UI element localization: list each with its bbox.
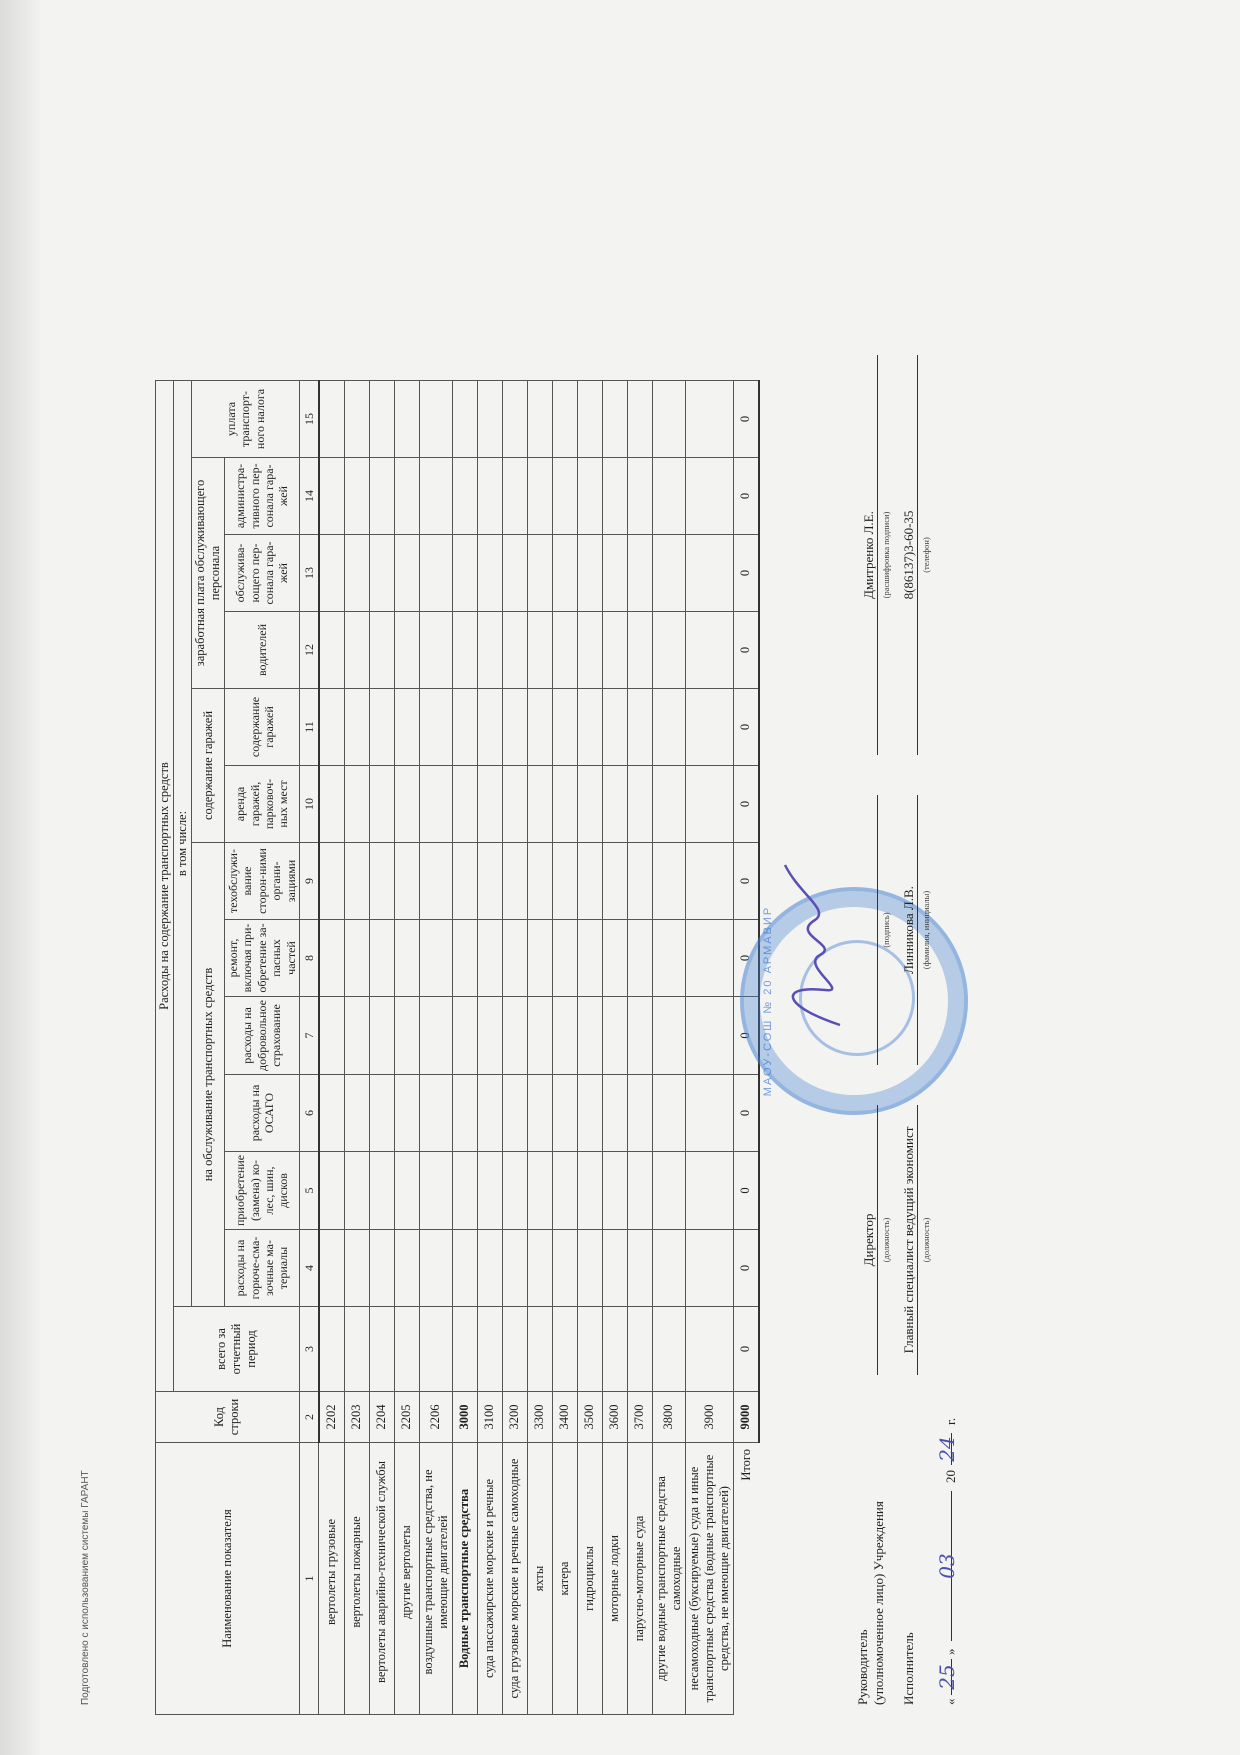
value-cell[interactable] <box>527 457 552 534</box>
value-cell[interactable] <box>477 380 502 457</box>
value-cell[interactable] <box>319 457 345 534</box>
head-label-line-1: Руководитель <box>855 1501 871 1705</box>
value-cell[interactable] <box>502 1074 527 1151</box>
value-cell[interactable] <box>319 996 345 1074</box>
value-cell[interactable] <box>319 1230 345 1307</box>
value-cell[interactable] <box>344 1230 369 1307</box>
value-cell[interactable] <box>685 457 733 534</box>
value-cell[interactable] <box>369 688 394 765</box>
head-position-caption: (должность) <box>881 1105 891 1375</box>
value-cell[interactable] <box>344 1151 369 1229</box>
row-name: вертолеты грузовые <box>319 1443 345 1715</box>
column-number: 8 <box>299 919 319 996</box>
value-cell[interactable] <box>452 765 477 842</box>
value-cell[interactable] <box>394 534 419 611</box>
value-cell[interactable] <box>452 1230 477 1307</box>
value-cell[interactable] <box>602 1074 627 1151</box>
row-code: 2204 <box>369 1392 394 1443</box>
value-cell[interactable] <box>552 611 577 688</box>
value-cell[interactable] <box>602 919 627 996</box>
header-fuel: расходы на горюче-сма-зочные ма-териалы <box>225 1230 300 1307</box>
value-cell[interactable] <box>477 919 502 996</box>
row-code: 3400 <box>552 1392 577 1443</box>
value-cell[interactable] <box>419 1307 452 1392</box>
total-value: 0 <box>733 380 759 457</box>
column-number: 6 <box>299 1074 319 1151</box>
value-cell[interactable] <box>394 611 419 688</box>
header-osago: расходы на ОСАГО <box>225 1074 300 1151</box>
value-cell[interactable] <box>552 534 577 611</box>
row-name: Водные транспортные средства <box>452 1443 477 1715</box>
value-cell[interactable] <box>477 1230 502 1307</box>
value-cell[interactable] <box>394 1151 419 1229</box>
executor-label: Исполнитель <box>901 1632 917 1705</box>
value-cell[interactable] <box>369 611 394 688</box>
total-value: 0 <box>733 765 759 842</box>
value-cell[interactable] <box>394 919 419 996</box>
value-cell[interactable] <box>344 996 369 1074</box>
value-cell[interactable] <box>344 842 369 919</box>
date-row: « 25 » 03 20 24 г. <box>935 105 969 1705</box>
value-cell[interactable] <box>369 1230 394 1307</box>
value-cell[interactable] <box>419 996 452 1074</box>
header-repair: ремонт, включая при-обретение за-пасных … <box>225 919 300 996</box>
value-cell[interactable] <box>627 534 652 611</box>
executor-name-caption: (фамилия, инициалы) <box>921 795 931 1065</box>
value-cell[interactable] <box>319 1074 345 1151</box>
row-name: яхты <box>527 1443 552 1715</box>
total-value: 0 <box>733 1307 759 1392</box>
value-cell[interactable] <box>477 1151 502 1229</box>
value-cell[interactable] <box>502 457 527 534</box>
value-cell[interactable] <box>344 765 369 842</box>
value-cell[interactable] <box>419 1151 452 1229</box>
value-cell[interactable] <box>527 919 552 996</box>
value-cell[interactable] <box>344 1074 369 1151</box>
table-row: вертолеты аварийно-технической службы220… <box>369 380 394 1714</box>
value-cell[interactable] <box>319 534 345 611</box>
value-cell[interactable] <box>477 996 502 1074</box>
row-name: суда грузовые морские и речные самоходны… <box>502 1443 527 1715</box>
head-name-caption: (расшифровка подписи) <box>881 355 891 755</box>
value-cell[interactable] <box>602 611 627 688</box>
table-row: воздушные транспортные средства, не имею… <box>419 380 452 1714</box>
value-cell[interactable] <box>685 842 733 919</box>
value-cell[interactable] <box>394 1230 419 1307</box>
value-cell[interactable] <box>602 996 627 1074</box>
value-cell[interactable] <box>452 842 477 919</box>
date-suffix: г. <box>943 1418 959 1425</box>
row-name: парусно-моторные суда <box>627 1443 652 1715</box>
value-cell[interactable] <box>477 1074 502 1151</box>
value-cell[interactable] <box>527 1230 552 1307</box>
table-row: несамоходные (буксируемые) суда и иные т… <box>685 380 733 1714</box>
value-cell[interactable] <box>502 1151 527 1229</box>
value-cell[interactable] <box>419 919 452 996</box>
header-service-group: на обслуживание транспортных средств <box>192 842 225 1306</box>
table-row: другие водные транспортные средства само… <box>652 380 685 1714</box>
value-cell[interactable] <box>685 380 733 457</box>
value-cell[interactable] <box>319 765 345 842</box>
value-cell[interactable] <box>419 457 452 534</box>
value-cell[interactable] <box>502 534 527 611</box>
value-cell[interactable] <box>369 996 394 1074</box>
value-cell[interactable] <box>552 765 577 842</box>
value-cell[interactable] <box>602 1230 627 1307</box>
row-code: 3200 <box>502 1392 527 1443</box>
header-salary-group: заработная плата обслуживающего персонал… <box>192 457 225 688</box>
value-cell[interactable] <box>452 1307 477 1392</box>
value-cell[interactable] <box>577 842 602 919</box>
column-number: 13 <box>299 534 319 611</box>
table-row: вертолеты пожарные2203 <box>344 380 369 1714</box>
value-cell[interactable] <box>527 1151 552 1229</box>
value-cell[interactable] <box>552 1151 577 1229</box>
header-garage-group: содержание гаражей <box>192 688 225 842</box>
value-cell[interactable] <box>602 842 627 919</box>
garant-watermark: Подготовлено с использованием системы ГА… <box>80 1470 91 1705</box>
value-cell[interactable] <box>685 1151 733 1229</box>
value-cell[interactable] <box>394 688 419 765</box>
value-cell[interactable] <box>602 534 627 611</box>
date-month: 03 <box>935 1491 952 1641</box>
value-cell[interactable] <box>552 1074 577 1151</box>
date-open-quote: « <box>943 1699 959 1706</box>
value-cell[interactable] <box>577 919 602 996</box>
value-cell[interactable] <box>502 919 527 996</box>
value-cell[interactable] <box>344 688 369 765</box>
value-cell[interactable] <box>477 457 502 534</box>
value-cell[interactable] <box>652 1151 685 1229</box>
value-cell[interactable] <box>652 919 685 996</box>
header-tax: уплата транспорт-ного налога <box>192 380 300 457</box>
value-cell[interactable] <box>344 457 369 534</box>
value-cell[interactable] <box>602 1151 627 1229</box>
value-cell[interactable] <box>419 842 452 919</box>
row-code: 2202 <box>319 1392 345 1443</box>
value-cell[interactable] <box>552 688 577 765</box>
value-cell[interactable] <box>452 380 477 457</box>
value-cell[interactable] <box>685 1230 733 1307</box>
row-name: вертолеты пожарные <box>344 1443 369 1715</box>
value-cell[interactable] <box>552 380 577 457</box>
table-row: парусно-моторные суда3700 <box>627 380 652 1714</box>
value-cell[interactable] <box>552 996 577 1074</box>
value-cell[interactable] <box>419 1230 452 1307</box>
row-name: катера <box>552 1443 577 1715</box>
column-number: 7 <box>299 996 319 1074</box>
value-cell[interactable] <box>652 534 685 611</box>
value-cell[interactable] <box>627 1230 652 1307</box>
value-cell[interactable] <box>652 842 685 919</box>
row-code: 3800 <box>652 1392 685 1443</box>
value-cell[interactable] <box>652 688 685 765</box>
value-cell[interactable] <box>527 611 552 688</box>
value-cell[interactable] <box>652 611 685 688</box>
value-cell[interactable] <box>319 380 345 457</box>
value-cell[interactable] <box>394 1074 419 1151</box>
value-cell[interactable] <box>527 996 552 1074</box>
date-year-prefix: 20 <box>943 1470 959 1483</box>
value-cell[interactable] <box>419 611 452 688</box>
row-code: 2205 <box>394 1392 419 1443</box>
row-code: 3600 <box>602 1392 627 1443</box>
column-number: 1 <box>299 1443 319 1715</box>
executor-phone-caption: (телефон) <box>921 355 931 755</box>
value-cell[interactable] <box>344 534 369 611</box>
column-numbers-row: 123456789101112131415 <box>299 380 319 1714</box>
value-cell[interactable] <box>627 765 652 842</box>
value-cell[interactable] <box>319 1151 345 1229</box>
value-cell[interactable] <box>685 765 733 842</box>
value-cell[interactable] <box>502 1307 527 1392</box>
value-cell[interactable] <box>602 457 627 534</box>
value-cell[interactable] <box>344 919 369 996</box>
value-cell[interactable] <box>527 765 552 842</box>
value-cell[interactable] <box>652 765 685 842</box>
value-cell[interactable] <box>477 1307 502 1392</box>
value-cell[interactable] <box>394 765 419 842</box>
table-row: суда грузовые морские и речные самоходны… <box>502 380 527 1714</box>
value-cell[interactable] <box>527 380 552 457</box>
value-cell[interactable] <box>627 611 652 688</box>
total-value: 0 <box>733 688 759 765</box>
value-cell[interactable] <box>527 842 552 919</box>
report-page: Подготовлено с использованием системы ГА… <box>0 0 1240 1755</box>
value-cell[interactable] <box>394 380 419 457</box>
value-cell[interactable] <box>452 1151 477 1229</box>
value-cell[interactable] <box>502 1230 527 1307</box>
value-cell[interactable] <box>344 380 369 457</box>
value-cell[interactable] <box>419 765 452 842</box>
header-tires: приобретение (замена) ко-лес, шин, диско… <box>225 1151 300 1229</box>
value-cell[interactable] <box>552 842 577 919</box>
column-number: 5 <box>299 1151 319 1229</box>
value-cell[interactable] <box>394 842 419 919</box>
value-cell[interactable] <box>319 688 345 765</box>
date-year-suffix: 24 <box>935 1433 952 1465</box>
value-cell[interactable] <box>602 1307 627 1392</box>
value-cell[interactable] <box>685 1074 733 1151</box>
date-close-quote: » <box>943 1649 959 1656</box>
value-cell[interactable] <box>419 688 452 765</box>
value-cell[interactable] <box>319 1307 345 1392</box>
column-number: 3 <box>299 1307 319 1392</box>
value-cell[interactable] <box>627 996 652 1074</box>
header-admin-staff: администра-тивного пер-сонала гара-жей <box>225 457 300 534</box>
header-insurance: расходы на добровольное страхование <box>225 996 300 1074</box>
row-name: другие вертолеты <box>394 1443 419 1715</box>
value-cell[interactable] <box>369 842 394 919</box>
value-cell[interactable] <box>602 380 627 457</box>
transport-expenses-table: Наименование показателя Код строки Расхо… <box>155 380 760 1715</box>
head-label: Руководитель (уполномоченное лицо) Учреж… <box>855 1501 887 1705</box>
header-third-party: техобслужи-вание сторон-ними органи-заци… <box>225 842 300 919</box>
signature-icon <box>770 855 860 1035</box>
value-cell[interactable] <box>577 1074 602 1151</box>
value-cell[interactable] <box>577 380 602 457</box>
value-cell[interactable] <box>502 765 527 842</box>
value-cell[interactable] <box>452 534 477 611</box>
value-cell[interactable] <box>552 457 577 534</box>
value-cell[interactable] <box>627 380 652 457</box>
value-cell[interactable] <box>627 919 652 996</box>
value-cell[interactable] <box>627 842 652 919</box>
row-code: 2206 <box>419 1392 452 1443</box>
value-cell[interactable] <box>369 534 394 611</box>
value-cell[interactable] <box>577 765 602 842</box>
row-code: 3900 <box>685 1392 733 1443</box>
value-cell[interactable] <box>452 688 477 765</box>
value-cell[interactable] <box>502 611 527 688</box>
value-cell[interactable] <box>577 534 602 611</box>
column-number: 10 <box>299 765 319 842</box>
value-cell[interactable] <box>319 842 345 919</box>
value-cell[interactable] <box>394 996 419 1074</box>
value-cell[interactable] <box>452 1074 477 1151</box>
table-row: вертолеты грузовые2202 <box>319 380 345 1714</box>
value-cell[interactable] <box>344 611 369 688</box>
value-cell[interactable] <box>577 996 602 1074</box>
header-including: в том числе: <box>174 380 192 1306</box>
value-cell[interactable] <box>452 996 477 1074</box>
value-cell[interactable] <box>527 1307 552 1392</box>
value-cell[interactable] <box>394 457 419 534</box>
value-cell[interactable] <box>685 611 733 688</box>
row-code: 3100 <box>477 1392 502 1443</box>
header-garage-upkeep: содержание гаражей <box>225 688 300 765</box>
value-cell[interactable] <box>627 1074 652 1151</box>
value-cell[interactable] <box>577 611 602 688</box>
header-service-staff: обслужива-ющего пер-сонала гара-жей <box>225 534 300 611</box>
value-cell[interactable] <box>452 919 477 996</box>
value-cell[interactable] <box>477 688 502 765</box>
value-cell[interactable] <box>419 534 452 611</box>
value-cell[interactable] <box>502 996 527 1074</box>
value-cell[interactable] <box>477 842 502 919</box>
value-cell[interactable] <box>319 919 345 996</box>
value-cell[interactable] <box>502 688 527 765</box>
row-name: другие водные транспортные средства само… <box>652 1443 685 1715</box>
total-code: 9000 <box>733 1392 759 1443</box>
table-row: катера3400 <box>552 380 577 1714</box>
value-cell[interactable] <box>452 457 477 534</box>
value-cell[interactable] <box>627 457 652 534</box>
value-cell[interactable] <box>369 457 394 534</box>
value-cell[interactable] <box>577 1307 602 1392</box>
total-value: 0 <box>733 1074 759 1151</box>
value-cell[interactable] <box>685 919 733 996</box>
value-cell[interactable] <box>652 996 685 1074</box>
header-name: Наименование показателя <box>156 1443 300 1715</box>
value-cell[interactable] <box>652 380 685 457</box>
value-cell[interactable] <box>394 1307 419 1392</box>
table-body: вертолеты грузовые2202вертолеты пожарные… <box>319 380 759 1714</box>
value-cell[interactable] <box>502 842 527 919</box>
value-cell[interactable] <box>369 1151 394 1229</box>
row-name: вертолеты аварийно-технической службы <box>369 1443 394 1715</box>
value-cell[interactable] <box>652 1307 685 1392</box>
value-cell[interactable] <box>419 380 452 457</box>
value-cell[interactable] <box>527 1074 552 1151</box>
head-label-line-2: (уполномоченное лицо) Учреждения <box>871 1501 887 1705</box>
value-cell[interactable] <box>477 765 502 842</box>
value-cell[interactable] <box>452 611 477 688</box>
head-signature-field <box>861 795 878 1065</box>
value-cell[interactable] <box>577 1151 602 1229</box>
total-value: 0 <box>733 842 759 919</box>
executor-position-caption: (должность) <box>921 1105 931 1375</box>
row-code: 3500 <box>577 1392 602 1443</box>
value-cell[interactable] <box>652 1074 685 1151</box>
value-cell[interactable] <box>477 611 502 688</box>
row-code: 3000 <box>452 1392 477 1443</box>
value-cell[interactable] <box>685 1307 733 1392</box>
value-cell[interactable] <box>527 534 552 611</box>
row-code: 2203 <box>344 1392 369 1443</box>
table-row: суда пассажирские морские и речные3100 <box>477 380 502 1714</box>
value-cell[interactable] <box>369 919 394 996</box>
row-code: 3300 <box>527 1392 552 1443</box>
value-cell[interactable] <box>652 1230 685 1307</box>
value-cell[interactable] <box>685 996 733 1074</box>
value-cell[interactable] <box>602 765 627 842</box>
value-cell[interactable] <box>552 1230 577 1307</box>
value-cell[interactable] <box>627 688 652 765</box>
value-cell[interactable] <box>552 919 577 996</box>
value-cell[interactable] <box>627 1151 652 1229</box>
value-cell[interactable] <box>577 1230 602 1307</box>
header-drivers: водителей <box>225 611 300 688</box>
value-cell[interactable] <box>344 1307 369 1392</box>
column-number: 15 <box>299 380 319 457</box>
total-label: Итого <box>733 1443 759 1715</box>
row-code: 3700 <box>627 1392 652 1443</box>
value-cell[interactable] <box>477 534 502 611</box>
row-name: воздушные транспортные средства, не имею… <box>419 1443 452 1715</box>
column-number: 11 <box>299 688 319 765</box>
head-position-field: Директор <box>861 1105 878 1375</box>
value-cell[interactable] <box>502 380 527 457</box>
value-cell[interactable] <box>369 380 394 457</box>
executor-name-field: Линникова Л.В. <box>901 795 918 1065</box>
value-cell[interactable] <box>577 688 602 765</box>
column-number: 14 <box>299 457 319 534</box>
header-rent: аренда гаражей, парковоч-ных мест <box>225 765 300 842</box>
value-cell[interactable] <box>527 688 552 765</box>
value-cell[interactable] <box>685 534 733 611</box>
header-total: всего за отчетный период <box>174 1307 300 1392</box>
executor-phone-field: 8(86137)3-60-35 <box>901 355 918 755</box>
table-row: гидроциклы3500 <box>577 380 602 1714</box>
header-code: Код строки <box>156 1392 300 1443</box>
value-cell[interactable] <box>685 688 733 765</box>
value-cell[interactable] <box>369 1307 394 1392</box>
value-cell[interactable] <box>369 1074 394 1151</box>
row-name: несамоходные (буксируемые) суда и иные т… <box>685 1443 733 1715</box>
row-name: суда пассажирские морские и речные <box>477 1443 502 1715</box>
value-cell[interactable] <box>319 611 345 688</box>
value-cell[interactable] <box>552 1307 577 1392</box>
value-cell[interactable] <box>577 457 602 534</box>
value-cell[interactable] <box>602 688 627 765</box>
value-cell[interactable] <box>627 1307 652 1392</box>
head-name-field: Дмитренко Л.Е. <box>861 355 878 755</box>
value-cell[interactable] <box>369 765 394 842</box>
value-cell[interactable] <box>652 457 685 534</box>
value-cell[interactable] <box>419 1074 452 1151</box>
table-row: другие вертолеты2205 <box>394 380 419 1714</box>
